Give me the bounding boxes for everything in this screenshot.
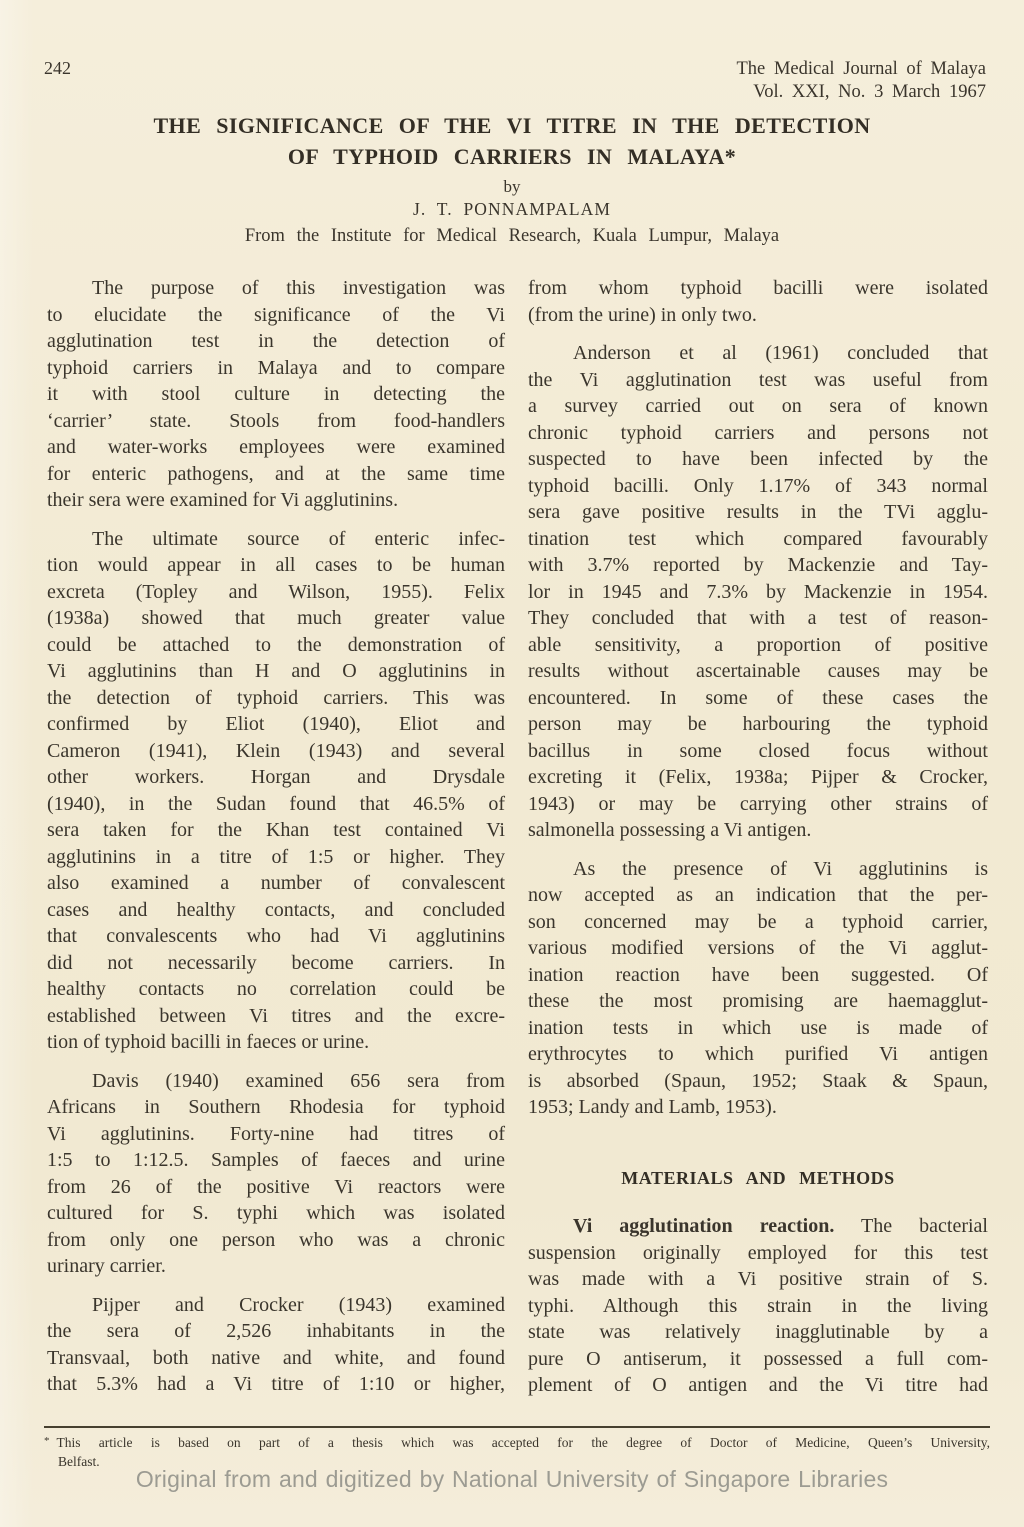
text-line: could be attached to the demonstration o… — [47, 632, 505, 659]
text-line: from 26 of the positive Vi reactors were — [47, 1174, 505, 1201]
text-line: and water-works employees were examined — [47, 434, 505, 461]
text-line: pure O antiserum, it possessed a full co… — [528, 1346, 988, 1373]
text-line: Africans in Southern Rhodesia for typhoi… — [47, 1094, 505, 1121]
text-line: typhi. Although this strain in the livin… — [528, 1293, 988, 1320]
text-line: salmonella possessing a Vi antigen. — [528, 817, 988, 844]
text-line: 1:5 to 1:12.5. Samples of faeces and uri… — [47, 1147, 505, 1174]
author-name: J. T. PONNAMPALAM — [40, 199, 984, 220]
text-line: for enteric pathogens, and at the same t… — [47, 461, 505, 488]
text-line: able sensitivity, a proportion of positi… — [528, 632, 988, 659]
section-heading-materials-and-methods: MATERIALS AND METHODS — [528, 1165, 988, 1192]
text-line: son concerned may be a typhoid carrier, — [528, 909, 988, 936]
text-line: other workers. Horgan and Drysdale — [47, 764, 505, 791]
text-line: the sera of 2,526 inhabitants in the — [47, 1318, 505, 1345]
text-line: their sera were examined for Vi agglutin… — [47, 487, 505, 514]
text-line: suspected to have been infected by the — [528, 446, 988, 473]
left-column: The purpose of this investigation wasto … — [47, 275, 505, 1398]
paragraph: from whom typhoid bacilli were isolated(… — [528, 275, 988, 328]
text-line: established between Vi titres and the ex… — [47, 1003, 505, 1030]
article-title-line1: THE SIGNIFICANCE OF THE VI TITRE IN THE … — [40, 110, 984, 141]
text-line: agglutination test in the detection of — [47, 328, 505, 355]
text-line: from only one person who was a chronic — [47, 1227, 505, 1254]
text-line: the detection of typhoid carriers. This … — [47, 685, 505, 712]
text-line: (from the urine) in only two. — [528, 302, 988, 329]
text-line: that convalescents who had Vi agglutinin… — [47, 923, 505, 950]
footnote-divider — [44, 1426, 990, 1428]
text-line: Cameron (1941), Klein (1943) and several — [47, 738, 505, 765]
text-line: that 5.3% had a Vi titre of 1:10 or high… — [47, 1371, 505, 1398]
footnote-text: This article is based on part of a thesi… — [57, 1435, 991, 1450]
text-line: typhoid bacilli. Only 1.17% of 343 norma… — [528, 473, 988, 500]
text-line: did not necessarily become carriers. In — [47, 950, 505, 977]
text-line: tination test which compared favourably — [528, 526, 988, 553]
page-number: 242 — [44, 58, 71, 79]
text-line: Vi agglutination reaction. The bacterial — [528, 1213, 988, 1240]
paragraph: Pijper and Crocker (1943) examinedthe se… — [47, 1292, 505, 1398]
paragraph: The ultimate source of enteric infec-tio… — [47, 526, 505, 1056]
article-title: THE SIGNIFICANCE OF THE VI TITRE IN THE … — [40, 110, 984, 172]
text-line: urinary carrier. — [47, 1253, 505, 1280]
text-line: As the presence of Vi agglutinins is — [528, 856, 988, 883]
journal-header: The Medical Journal of Malaya Vol. XXI, … — [737, 58, 987, 104]
digitization-watermark: Original from and digitized by National … — [0, 1466, 1024, 1493]
text-line: lor in 1945 and 7.3% by Mackenzie in 195… — [528, 579, 988, 606]
text-line: erythrocytes to which purified Vi antige… — [528, 1041, 988, 1068]
text-line: state was relatively inagglutinable by a — [528, 1319, 988, 1346]
footnote-marker: * — [44, 1435, 50, 1447]
text-line: now accepted as an indication that the p… — [528, 882, 988, 909]
text-line: The ultimate source of enteric infec- — [47, 526, 505, 553]
text-line: Pijper and Crocker (1943) examined — [47, 1292, 505, 1319]
text-line: sera gave positive results in the TVi ag… — [528, 499, 988, 526]
footnote: *This article is based on part of a thes… — [44, 1434, 990, 1470]
article-title-line2: OF TYPHOID CARRIERS IN MALAYA* — [40, 141, 984, 172]
text-line: these the most promising are haemagglut- — [528, 988, 988, 1015]
text-line: with 3.7% reported by Mackenzie and Tay- — [528, 552, 988, 579]
text-line: Davis (1940) examined 656 sera from — [47, 1068, 505, 1095]
text-line: it with stool culture in detecting the — [47, 381, 505, 408]
text-line: the Vi agglutination test was useful fro… — [528, 367, 988, 394]
text-line: ‘carrier’ state. Stools from food-handle… — [47, 408, 505, 435]
text-line: encountered. In some of these cases the — [528, 685, 988, 712]
text-line: They concluded that with a test of reaso… — [528, 605, 988, 632]
scanned-journal-page: { "colors": { "paper": "#f2ebd5", "ink":… — [0, 0, 1024, 1527]
text-line: 1953; Landy and Lamb, 1953). — [528, 1094, 988, 1121]
paragraph: Anderson et al (1961) concluded thatthe … — [528, 340, 988, 844]
text-line: agglutinins in a titre of 1:5 or higher.… — [47, 844, 505, 871]
right-column: from whom typhoid bacilli were isolated(… — [528, 275, 988, 1399]
text-line: a survey carried out on sera of known — [528, 393, 988, 420]
text-line: cultured for S. typhi which was isolated — [47, 1200, 505, 1227]
text-line: Vi agglutinins than H and O agglutinins … — [47, 658, 505, 685]
text-line: excreting it (Felix, 1938a; Pijper & Cro… — [528, 764, 988, 791]
text-line: results without ascertainable causes may… — [528, 658, 988, 685]
text-line: chronic typhoid carriers and persons not — [528, 420, 988, 447]
text-line: 1943) or may be carrying other strains o… — [528, 791, 988, 818]
text-line: ination reaction have been suggested. Of — [528, 962, 988, 989]
paragraph: Vi agglutination reaction. The bacterial… — [528, 1213, 988, 1399]
text-line: excreta (Topley and Wilson, 1955). Felix — [47, 579, 505, 606]
text-line: plement of O antigen and the Vi titre ha… — [528, 1372, 988, 1399]
footnote-line1: *This article is based on part of a thes… — [44, 1434, 990, 1453]
text-line: person may be harbouring the typhoid — [528, 711, 988, 738]
text-line: was made with a Vi positive strain of S. — [528, 1266, 988, 1293]
text-line: tion would appear in all cases to be hum… — [47, 552, 505, 579]
affiliation: From the Institute for Medical Research,… — [40, 226, 984, 247]
text-line: ination tests in which use is made of — [528, 1015, 988, 1042]
text-line: confirmed by Eliot (1940), Eliot and — [47, 711, 505, 738]
text-line: is absorbed (Spaun, 1952; Staak & Spaun, — [528, 1068, 988, 1095]
text-line: sera taken for the Khan test contained V… — [47, 817, 505, 844]
byline-prefix: by — [40, 177, 984, 197]
text-line: typhoid carriers in Malaya and to compar… — [47, 355, 505, 382]
text-line: healthy contacts no correlation could be — [47, 976, 505, 1003]
text-line: suspension originally employed for this … — [528, 1240, 988, 1267]
text-line: Vi agglutinins. Forty-nine had titres of — [47, 1121, 505, 1148]
text-line: (1938a) showed that much greater value — [47, 605, 505, 632]
text-line: (1940), in the Sudan found that 46.5% of — [47, 791, 505, 818]
text-line: to elucidate the significance of the Vi — [47, 302, 505, 329]
text-line: Transvaal, both native and white, and fo… — [47, 1345, 505, 1372]
paragraph: The purpose of this investigation wasto … — [47, 275, 505, 514]
text-line: various modified versions of the Vi aggl… — [528, 935, 988, 962]
text-line: also examined a number of convalescent — [47, 870, 505, 897]
journal-name: The Medical Journal of Malaya — [737, 58, 987, 81]
paragraph: Davis (1940) examined 656 sera fromAfric… — [47, 1068, 505, 1280]
text-line: The purpose of this investigation was — [47, 275, 505, 302]
journal-issue: Vol. XXI, No. 3 March 1967 — [737, 81, 987, 104]
text-line: tion of typhoid bacilli in faeces or uri… — [47, 1029, 505, 1056]
text-line: from whom typhoid bacilli were isolated — [528, 275, 988, 302]
text-line: cases and healthy contacts, and conclude… — [47, 897, 505, 924]
text-line: Anderson et al (1961) concluded that — [528, 340, 988, 367]
text-line: bacillus in some closed focus without — [528, 738, 988, 765]
paragraph: As the presence of Vi agglutinins isnow … — [528, 856, 988, 1121]
